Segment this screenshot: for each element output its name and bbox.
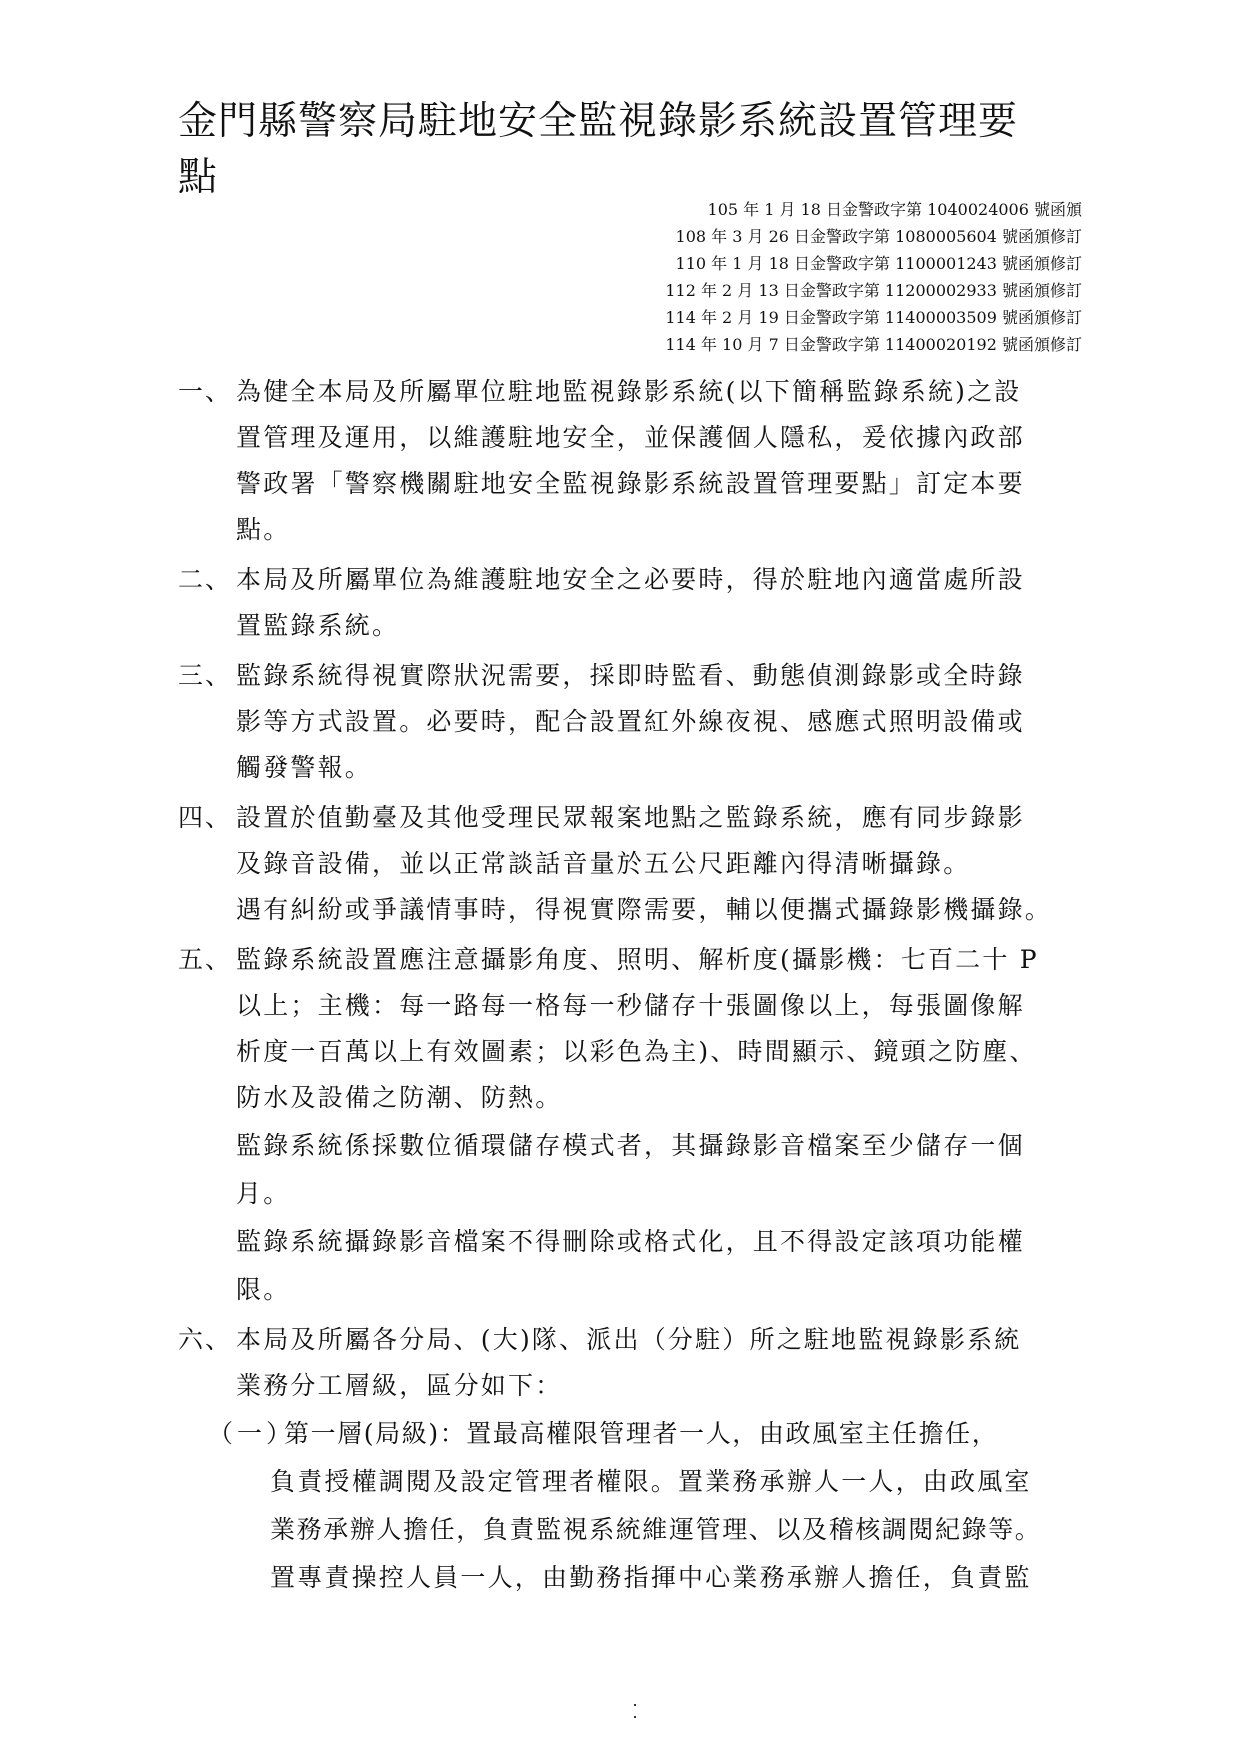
section-line: 為健全本局及所屬單位駐地監視錄影系統(以下簡稱監錄系統)之設: [236, 377, 1022, 407]
revision-line: 105 年 1 月 18 日金警政字第 1040024006 號函頒: [665, 196, 1082, 223]
subsection-line: 第一層(局級)：置最高權限管理者一人，由政風室主任擔任，: [284, 1419, 998, 1449]
scan-mark: [634, 1716, 636, 1718]
section-line: 設置於值勤臺及其他受理民眾報案地點之監錄系統，應有同步錄影: [236, 803, 1025, 833]
document-page: 金門縣警察局駐地安全監視錄影系統設置管理要 點 105 年 1 月 18 日金警…: [0, 0, 1240, 1754]
subsection-line: 業務承辦人擔任，負責監視系統維運管理、以及稽核調閱紀錄等。: [270, 1515, 1041, 1545]
section-line: 以上；主機：每一路每一格每一秒儲存十張圖像以上，每張圖像解: [236, 991, 1025, 1021]
section-line: 月。: [236, 1179, 290, 1209]
revision-line: 114 年 2 月 19 日金警政字第 11400003509 號函頒修訂: [665, 304, 1082, 331]
section-marker: 六、: [178, 1325, 232, 1355]
section-line: 本局及所屬各分局、(大)隊、派出（分駐）所之駐地監視錄影系統: [236, 1325, 1022, 1355]
section-line: 遇有糾紛或爭議情事時，得視實際需要，輔以便攜式攝錄影機攝錄。: [236, 895, 1052, 925]
section-line: 警政署「警察機關駐地安全監視錄影系統設置管理要點」訂定本要: [236, 469, 1025, 499]
scan-mark: [634, 1704, 636, 1706]
subsection-line: 負責授權調閱及設定管理者權限。置業務承辦人一人，由政風室: [270, 1467, 1032, 1497]
section-line: 監錄系統係採數位循環儲存模式者，其攝錄影音檔案至少儲存一個: [236, 1131, 1025, 1161]
revision-line: 108 年 3 月 26 日金警政字第 1080005604 號函頒修訂: [665, 223, 1082, 250]
section-marker: 一、: [178, 377, 232, 407]
section-line: 監錄系統設置應注意攝影角度、照明、解析度(攝影機：七百二十 P: [236, 945, 1039, 975]
section-line: 及錄音設備，並以正常談話音量於五公尺距離內得清晰攝錄。: [236, 849, 970, 879]
document-title: 金門縣警察局駐地安全監視錄影系統設置管理要 點: [178, 94, 1078, 206]
revision-history: 105 年 1 月 18 日金警政字第 1040024006 號函頒 108 年…: [665, 196, 1082, 358]
section-line: 本局及所屬單位為維護駐地安全之必要時，得於駐地內適當處所設: [236, 565, 1025, 595]
revision-line: 110 年 1 月 18 日金警政字第 1100001243 號函頒修訂: [665, 250, 1082, 277]
section-line: 影等方式設置。必要時，配合設置紅外線夜視、感應式照明設備或: [236, 707, 1025, 737]
section-line: 監錄系統得視實際狀況需要，採即時監看、動態偵測錄影或全時錄: [236, 661, 1025, 691]
section-line: 點。: [236, 515, 290, 545]
revision-line: 114 年 10 月 7 日金警政字第 11400020192 號函頒修訂: [665, 331, 1082, 358]
section-marker: 五、: [178, 945, 232, 975]
section-line: 析度一百萬以上有效圖素；以彩色為主)、時間顯示、鏡頭之防塵、: [236, 1037, 1037, 1067]
subsection-marker: （一）: [208, 1419, 295, 1449]
section-line: 監錄系統攝錄影音檔案不得刪除或格式化，且不得設定該項功能權: [236, 1227, 1025, 1257]
section-line: 置管理及運用，以維護駐地安全，並保護個人隱私，爰依據內政部: [236, 423, 1025, 453]
section-line: 防水及設備之防潮、防熱。: [236, 1083, 562, 1113]
subsection-line: 置專責操控人員一人，由勤務指揮中心業務承辦人擔任，負責監: [270, 1563, 1032, 1593]
section-line: 業務分工層級，區分如下：: [236, 1371, 562, 1401]
section-line: 置監錄系統。: [236, 611, 399, 641]
section-marker: 四、: [178, 803, 232, 833]
section-line: 限。: [236, 1275, 290, 1305]
section-line: 觸發警報。: [236, 753, 372, 783]
section-marker: 二、: [178, 565, 232, 595]
revision-line: 112 年 2 月 13 日金警政字第 11200002933 號函頒修訂: [665, 277, 1082, 304]
title-line-1: 金門縣警察局駐地安全監視錄影系統設置管理要: [178, 94, 1078, 150]
section-marker: 三、: [178, 661, 232, 691]
